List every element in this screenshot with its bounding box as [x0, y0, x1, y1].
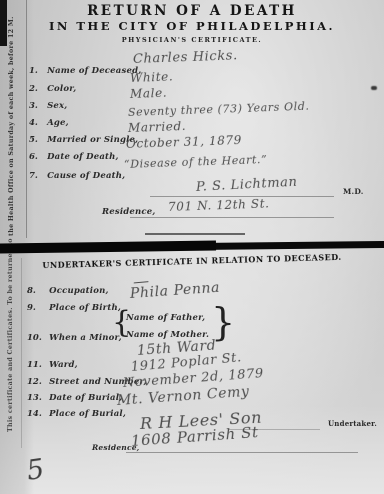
- row-value-handwritten: Male.: [130, 86, 168, 101]
- row-number: 6.: [29, 152, 42, 162]
- row-label: Date of Death,: [47, 152, 119, 162]
- row-number: 1.: [29, 66, 42, 76]
- form-row-when-a-minor: 10. When a Minor,: [27, 325, 122, 344]
- undertaker-suffix: Undertaker.: [328, 419, 377, 428]
- divider-bar-thick-left: [0, 240, 216, 253]
- physician-signature: P. S. Lichtman: [196, 175, 298, 195]
- row-value-handwritten: Seventy three (73) Years Old.: [128, 100, 310, 119]
- row-number: 7.: [29, 171, 42, 181]
- death-certificate-scan: RETURN OF A DEATH IN THE CITY OF PHILADE…: [0, 0, 384, 494]
- md-suffix: M.D.: [343, 187, 364, 196]
- page-number-handwritten: 5: [25, 454, 47, 487]
- form-row-place-of-burial: 14. Place of Burial, Mt. Vernon Cemy: [27, 401, 126, 420]
- row-label: Place of Birth,: [49, 303, 121, 313]
- residence-value-handwritten: 701 N. 12th St.: [168, 196, 270, 214]
- form-left-rule-bottom: [21, 258, 22, 448]
- row-label: When a Minor,: [49, 333, 122, 343]
- margin-note-top: the Health Office on Saturday of each we…: [8, 16, 15, 236]
- page-subtitle: IN THE CITY OF PHILADELPHIA.: [0, 19, 384, 33]
- form-row-name: 1. Name of Deceased, Charles Hicks.: [29, 58, 141, 77]
- scan-speck: [371, 86, 377, 90]
- residence-line: [130, 217, 334, 218]
- row-value-handwritten: October 31, 1879: [126, 133, 242, 151]
- undertaker-residence-line: [126, 452, 358, 453]
- row-label: Name of Deceased,: [47, 66, 141, 76]
- form-row-date-of-death: 6. Date of Death, October 31, 1879: [29, 144, 119, 163]
- undertaker-section-title: UNDERTAKER'S CERTIFICATE IN RELATION TO …: [0, 251, 384, 272]
- row-value-handwritten: “Disease of the Heart.”: [124, 153, 268, 171]
- page-title: RETURN OF A DEATH: [0, 3, 384, 19]
- name-of-father-label: Name of Father,: [126, 313, 205, 323]
- row-number: 9.: [27, 303, 44, 313]
- residence-label: Residence,: [102, 207, 156, 217]
- row-value-handwritten: Charles Hicks.: [133, 48, 238, 67]
- row-value-handwritten: Married.: [128, 119, 187, 135]
- row-number: 10.: [27, 333, 44, 343]
- physician-section-title: PHYSICIAN'S CERTIFICATE.: [0, 36, 384, 44]
- row-label: Cause of Death,: [47, 171, 125, 181]
- row-value-handwritten: White.: [130, 69, 174, 85]
- row-number: 14.: [27, 409, 44, 419]
- row-label: Place of Burial,: [49, 409, 126, 419]
- form-row-cause-of-death: 7. Cause of Death, “Disease of the Heart…: [29, 163, 125, 182]
- center-tick-rule: [145, 233, 245, 235]
- form-row-place-of-birth: 9. Place of Birth, Phila Penna: [27, 295, 121, 314]
